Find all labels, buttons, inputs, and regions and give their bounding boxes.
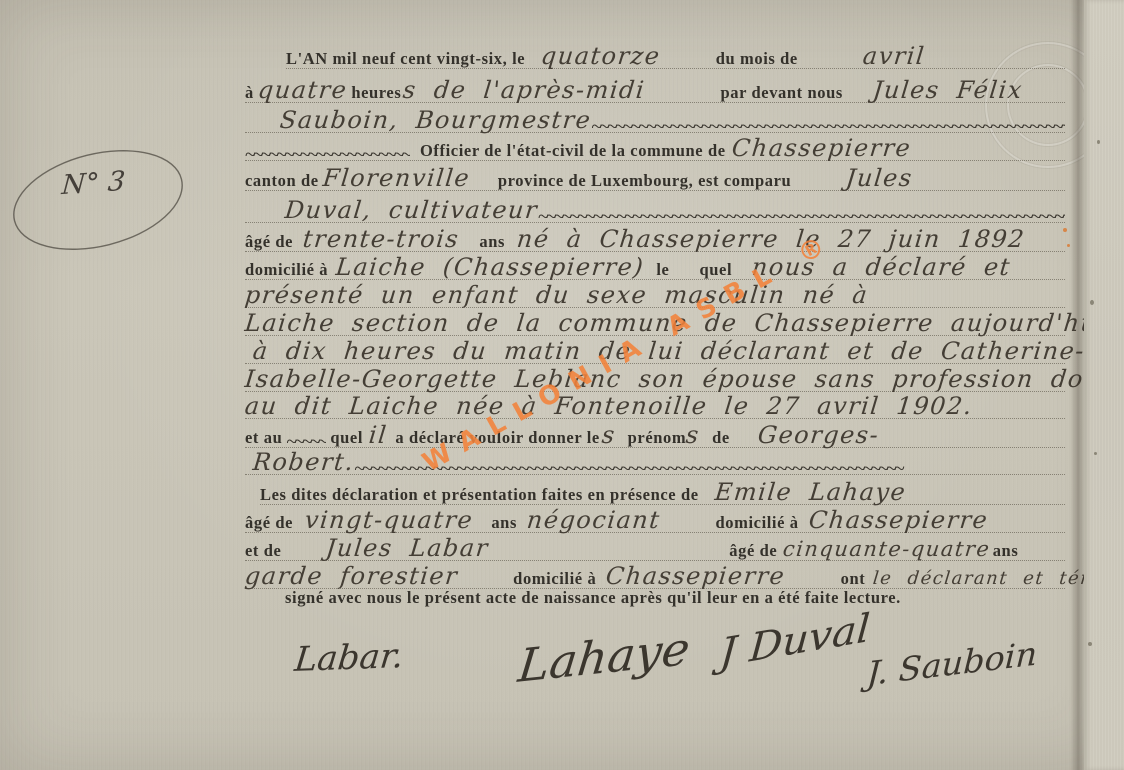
printed-text: et de xyxy=(245,541,281,561)
handwritten-birth-info: né à Chassepierre le 27 juin 1892 xyxy=(516,225,1027,253)
printed-text: quel xyxy=(699,260,732,280)
printed-text: prénom xyxy=(628,428,687,448)
signature-labar: Labar. xyxy=(293,636,406,680)
handwritten-declarant-name-occupation: Duval, cultivateur xyxy=(284,196,540,224)
form-line-1: L'AN mil neuf cent vingt-six, le quatorz… xyxy=(286,42,1065,69)
form-line-6: Duval, cultivateur ~~~~~~~~~~~~~~~~~~~~~… xyxy=(245,196,1065,223)
printed-text: Les dites déclaration et présentation fa… xyxy=(260,485,699,505)
printed-text: le xyxy=(656,260,669,280)
handwritten-period: s de l'après-midi xyxy=(402,76,647,104)
handwritten-plural-s: s xyxy=(685,421,702,449)
handwritten-birth-time-mother: à dix heures du matin de lui déclarant e… xyxy=(252,337,1087,365)
form-line-19: garde forestier domicilié à Chassepierre… xyxy=(245,562,1065,589)
form-line-10: Laiche section de la commune de Chassepi… xyxy=(245,309,1065,336)
form-line-5: canton de Florenville province de Luxemb… xyxy=(245,164,1065,191)
printed-text: domicilié à xyxy=(715,513,798,533)
form-line-17: âgé de vingt-quatre ans négociant domici… xyxy=(245,506,1065,533)
form-line-15: Robert. ~~~~~~~~~~~~~~~~~~~~~~~~~~~~~~~~… xyxy=(245,448,1065,475)
printed-text: et au xyxy=(245,428,282,448)
printed-text: à xyxy=(245,83,254,103)
margin-act-number: N° 3 xyxy=(8,138,188,268)
printed-closing-text: signé avec nous le présent acte de naiss… xyxy=(285,588,901,608)
handwritten-domicile: Laiche (Chassepierre) xyxy=(335,253,646,281)
handwritten-witness1-domicile: Chassepierre xyxy=(807,506,989,534)
form-line-12: Isabelle-Georgette Leblanc son épouse sa… xyxy=(245,365,1065,392)
handwritten-birthplace: Laiche section de la commune de Chassepi… xyxy=(244,309,1109,337)
handwritten-day: quatorze xyxy=(540,42,662,70)
form-line-20: signé avec nous le présent acte de naiss… xyxy=(285,588,1075,614)
birth-certificate-scan: N° 3 L'AN mil neuf cent vingt-six, le qu… xyxy=(0,0,1124,770)
printed-text: de xyxy=(712,428,730,448)
printed-text: ans xyxy=(491,513,517,533)
form-line-11: à dix heures du matin de lui déclarant e… xyxy=(245,337,1065,364)
printed-text: a déclaré vouloir donner le xyxy=(395,428,599,448)
printed-text: âgé de xyxy=(245,513,293,533)
paper-speck xyxy=(1097,140,1100,144)
paper-speck xyxy=(1090,300,1094,305)
handwritten-hour: quatre xyxy=(256,76,348,104)
printed-text: ans xyxy=(993,541,1019,561)
printed-text: du mois de xyxy=(716,49,798,69)
form-line-4: ~~~~~~~~~~~~~~~~~~~~~~~~~~~~~~~~~~~~~~~~… xyxy=(245,134,1065,161)
handwritten-witness1-occupation: négociant xyxy=(526,506,662,534)
handwritten-officer-firstnames: Jules Félix xyxy=(871,76,1024,104)
printed-text: âgé de xyxy=(729,541,777,561)
paper-speck xyxy=(1067,244,1070,247)
printed-text: heures xyxy=(351,83,401,103)
handwritten-mother-name: Isabelle-Georgette Leblanc son épouse sa… xyxy=(244,365,1124,393)
printed-text: L'AN mil neuf cent vingt-six, le xyxy=(286,49,525,69)
signature-duval: J Duval xyxy=(718,606,871,677)
adjacent-page-edge xyxy=(1084,0,1124,770)
act-number: N° 3 xyxy=(61,166,127,201)
handwritten-month: avril xyxy=(861,42,926,70)
form-line-18: et de Jules Labar âgé de cinquante-quatr… xyxy=(245,534,1065,561)
printed-text: canton de xyxy=(245,171,319,191)
printed-text: domicilié à xyxy=(513,569,596,589)
handwritten-witness1-age: vingt-quatre xyxy=(304,506,475,534)
margin-circle-mark xyxy=(8,138,188,268)
printed-text: âgé de xyxy=(245,232,293,252)
form-line-9: présenté un enfant du sexe masculin né à xyxy=(245,281,1065,308)
paper-speck xyxy=(1088,642,1092,646)
page-fold-crease xyxy=(1070,0,1084,770)
printed-text: ont xyxy=(841,569,866,589)
form-line-2: à quatre heures s de l'après-midi par de… xyxy=(245,76,1065,103)
printed-text: ans xyxy=(479,232,505,252)
handwritten-commune: Chassepierre xyxy=(730,134,912,162)
handwritten-plural-s: s xyxy=(600,421,617,449)
printed-text: province de Luxembourg, est comparu xyxy=(498,171,791,191)
handwritten-officer-name-title: Sauboin, Bourgmestre xyxy=(279,106,593,134)
form-line-16: Les dites déclaration et présentation fa… xyxy=(260,478,1065,505)
handwritten-pronoun: il xyxy=(368,421,389,449)
form-line-14: et au ~~~~~~~~~~~~~~~~~~~~~~~~~~~~~~~~~~… xyxy=(245,421,1065,448)
form-line-13: au dit Laiche née à Fontenoille le 27 av… xyxy=(245,392,1065,419)
handwritten-child-presentation: présenté un enfant du sexe masculin né à xyxy=(244,281,870,309)
handwritten-witness2-occupation: garde forestier xyxy=(244,562,460,590)
handwritten-witness2-name: Jules Labar xyxy=(325,534,491,562)
printed-text: domicilié à xyxy=(245,260,328,280)
printed-text: par devant nous xyxy=(721,83,843,103)
form-line-8: domicilié à Laiche (Chassepierre) le que… xyxy=(245,253,1065,280)
paper-speck xyxy=(1063,228,1067,232)
handwritten-firstname-1: Georges- xyxy=(756,421,880,449)
handwritten-declaration: nous a déclaré et xyxy=(751,253,1013,281)
paper-speck xyxy=(1094,452,1097,455)
handwritten-declarant-firstname: Jules xyxy=(845,164,915,192)
handwritten-witness2-domicile: Chassepierre xyxy=(605,562,787,590)
handwritten-witness2-age: cinquante-quatre xyxy=(782,537,992,561)
handwritten-firstname-2: Robert. xyxy=(252,448,356,476)
handwritten-witness1-name: Emile Lahaye xyxy=(713,478,907,506)
handwritten-mother-birth: au dit Laiche née à Fontenoille le 27 av… xyxy=(244,392,975,420)
printed-text: Officier de l'état-civil de la commune d… xyxy=(420,141,726,161)
signature-lahaye: Lahaye xyxy=(516,621,693,692)
form-line-3: Sauboin, Bourgmestre ~~~~~~~~~~~~~~~~~~~… xyxy=(245,106,1065,133)
handwritten-age: trente-trois xyxy=(302,225,461,253)
form-line-7: âgé de trente-trois ans né à Chassepierr… xyxy=(245,225,1065,252)
signature-sauboin: J. Sauboin xyxy=(866,634,1038,693)
printed-text: quel xyxy=(330,428,363,448)
handwritten-canton: Florenville xyxy=(321,164,471,192)
